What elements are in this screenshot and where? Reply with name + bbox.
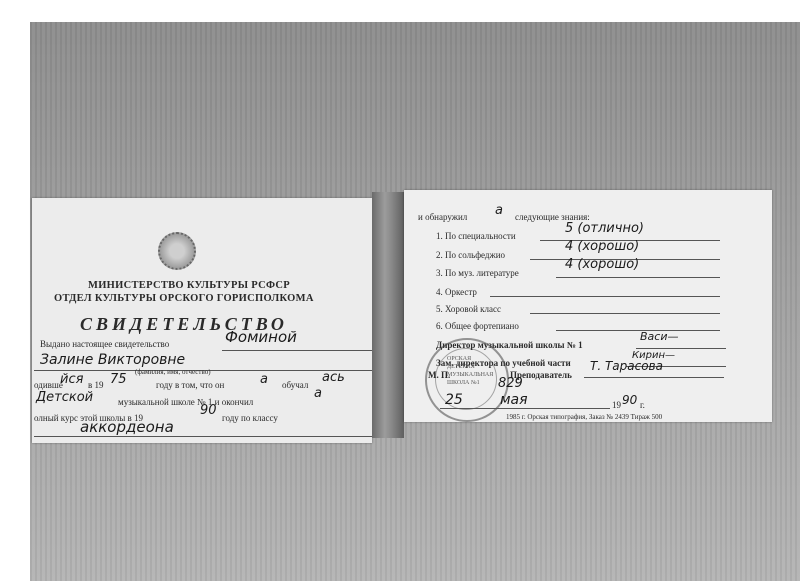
name-caption: (фамилия, имя, отчество): [135, 368, 211, 376]
issue-year-suffix: г.: [640, 400, 645, 410]
subject-5-label: 5. Хоровой класс: [436, 304, 501, 314]
mp-label: М. П.: [428, 370, 450, 380]
line5-suffix: году по классу: [222, 413, 278, 423]
name-handwritten: Залине Викторовне: [40, 352, 185, 368]
subject-3-label: 3. По муз. литературе: [436, 268, 519, 278]
line4-text: музыкальной школе № 1 и окончил: [118, 397, 253, 407]
subject-3-line: [556, 277, 720, 278]
director-line: [636, 348, 726, 349]
ministry-heading: МИНИСТЕРСТВО КУЛЬТУРЫ РСФСР: [88, 280, 290, 291]
enrollment-year-handwritten: 75: [110, 372, 127, 387]
instrument-class-handwritten: аккордеона: [80, 418, 174, 436]
subject-1-grade: 5 (отлично): [565, 221, 644, 236]
subject-4-label: 4. Оркестр: [436, 287, 477, 297]
printer-imprint: 1985 г. Орская типография, Заказ № 2439 …: [506, 413, 662, 421]
department-heading: ОТДЕЛ КУЛЬТУРЫ ОРСКОГО ГОРИСПОЛКОМА: [54, 293, 314, 304]
line3-handwritten-1: йся: [60, 372, 83, 387]
subject-6-label: 6. Общее фортепиано: [436, 321, 519, 331]
coat-of-arms-icon: [158, 232, 196, 270]
subject-4-line: [490, 296, 720, 297]
surname-line: [222, 350, 372, 351]
surname-handwritten: Фоминой: [225, 328, 297, 346]
subject-6-line: [556, 330, 720, 331]
line3-prefix: одивше: [34, 380, 63, 390]
issue-day-handwritten: 25: [445, 392, 463, 408]
registration-number-handwritten: 829: [498, 376, 523, 391]
director-signature: Васи—: [640, 330, 678, 343]
issue-date-line: [440, 408, 610, 409]
subject-2-grade: 4 (хорошо): [565, 239, 639, 254]
line3-year-prefix: в 19: [88, 380, 104, 390]
line3-handwritten-2: а: [260, 372, 268, 387]
intro-handwritten: а: [495, 203, 503, 218]
subject-3-grade: 4 (хорошо): [565, 257, 639, 272]
graduation-year-handwritten: 90: [200, 403, 217, 418]
subject-1-label: 1. По специальности: [436, 231, 516, 241]
issue-year-prefix: 19: [612, 400, 621, 410]
line4-handwritten-2: а: [314, 386, 322, 401]
line3-middle: году в том, что он: [156, 380, 224, 390]
line3-studied: обучал: [282, 380, 308, 390]
issue-year-handwritten: 90: [622, 393, 637, 407]
issue-month-handwritten: мая: [500, 392, 528, 408]
line3-handwritten-3: ась: [322, 370, 345, 385]
subject-2-label: 2. По сольфеджио: [436, 250, 505, 260]
issued-label: Выдано настоящее свидетельство: [40, 339, 169, 349]
stamp-text: ОРСКАЯ ДЕТСКАЯ МУЗЫКАЛЬНАЯ ШКОЛА №1: [447, 355, 487, 387]
teacher-line: [584, 377, 724, 378]
subject-5-line: [530, 313, 720, 314]
intro-prefix: и обнаружил: [418, 212, 467, 222]
certificate-spine: [372, 192, 404, 438]
school-type-handwritten: Детской: [36, 390, 93, 405]
teacher-signature: Т. Тарасова: [590, 359, 663, 373]
instrument-line: [34, 436, 372, 437]
